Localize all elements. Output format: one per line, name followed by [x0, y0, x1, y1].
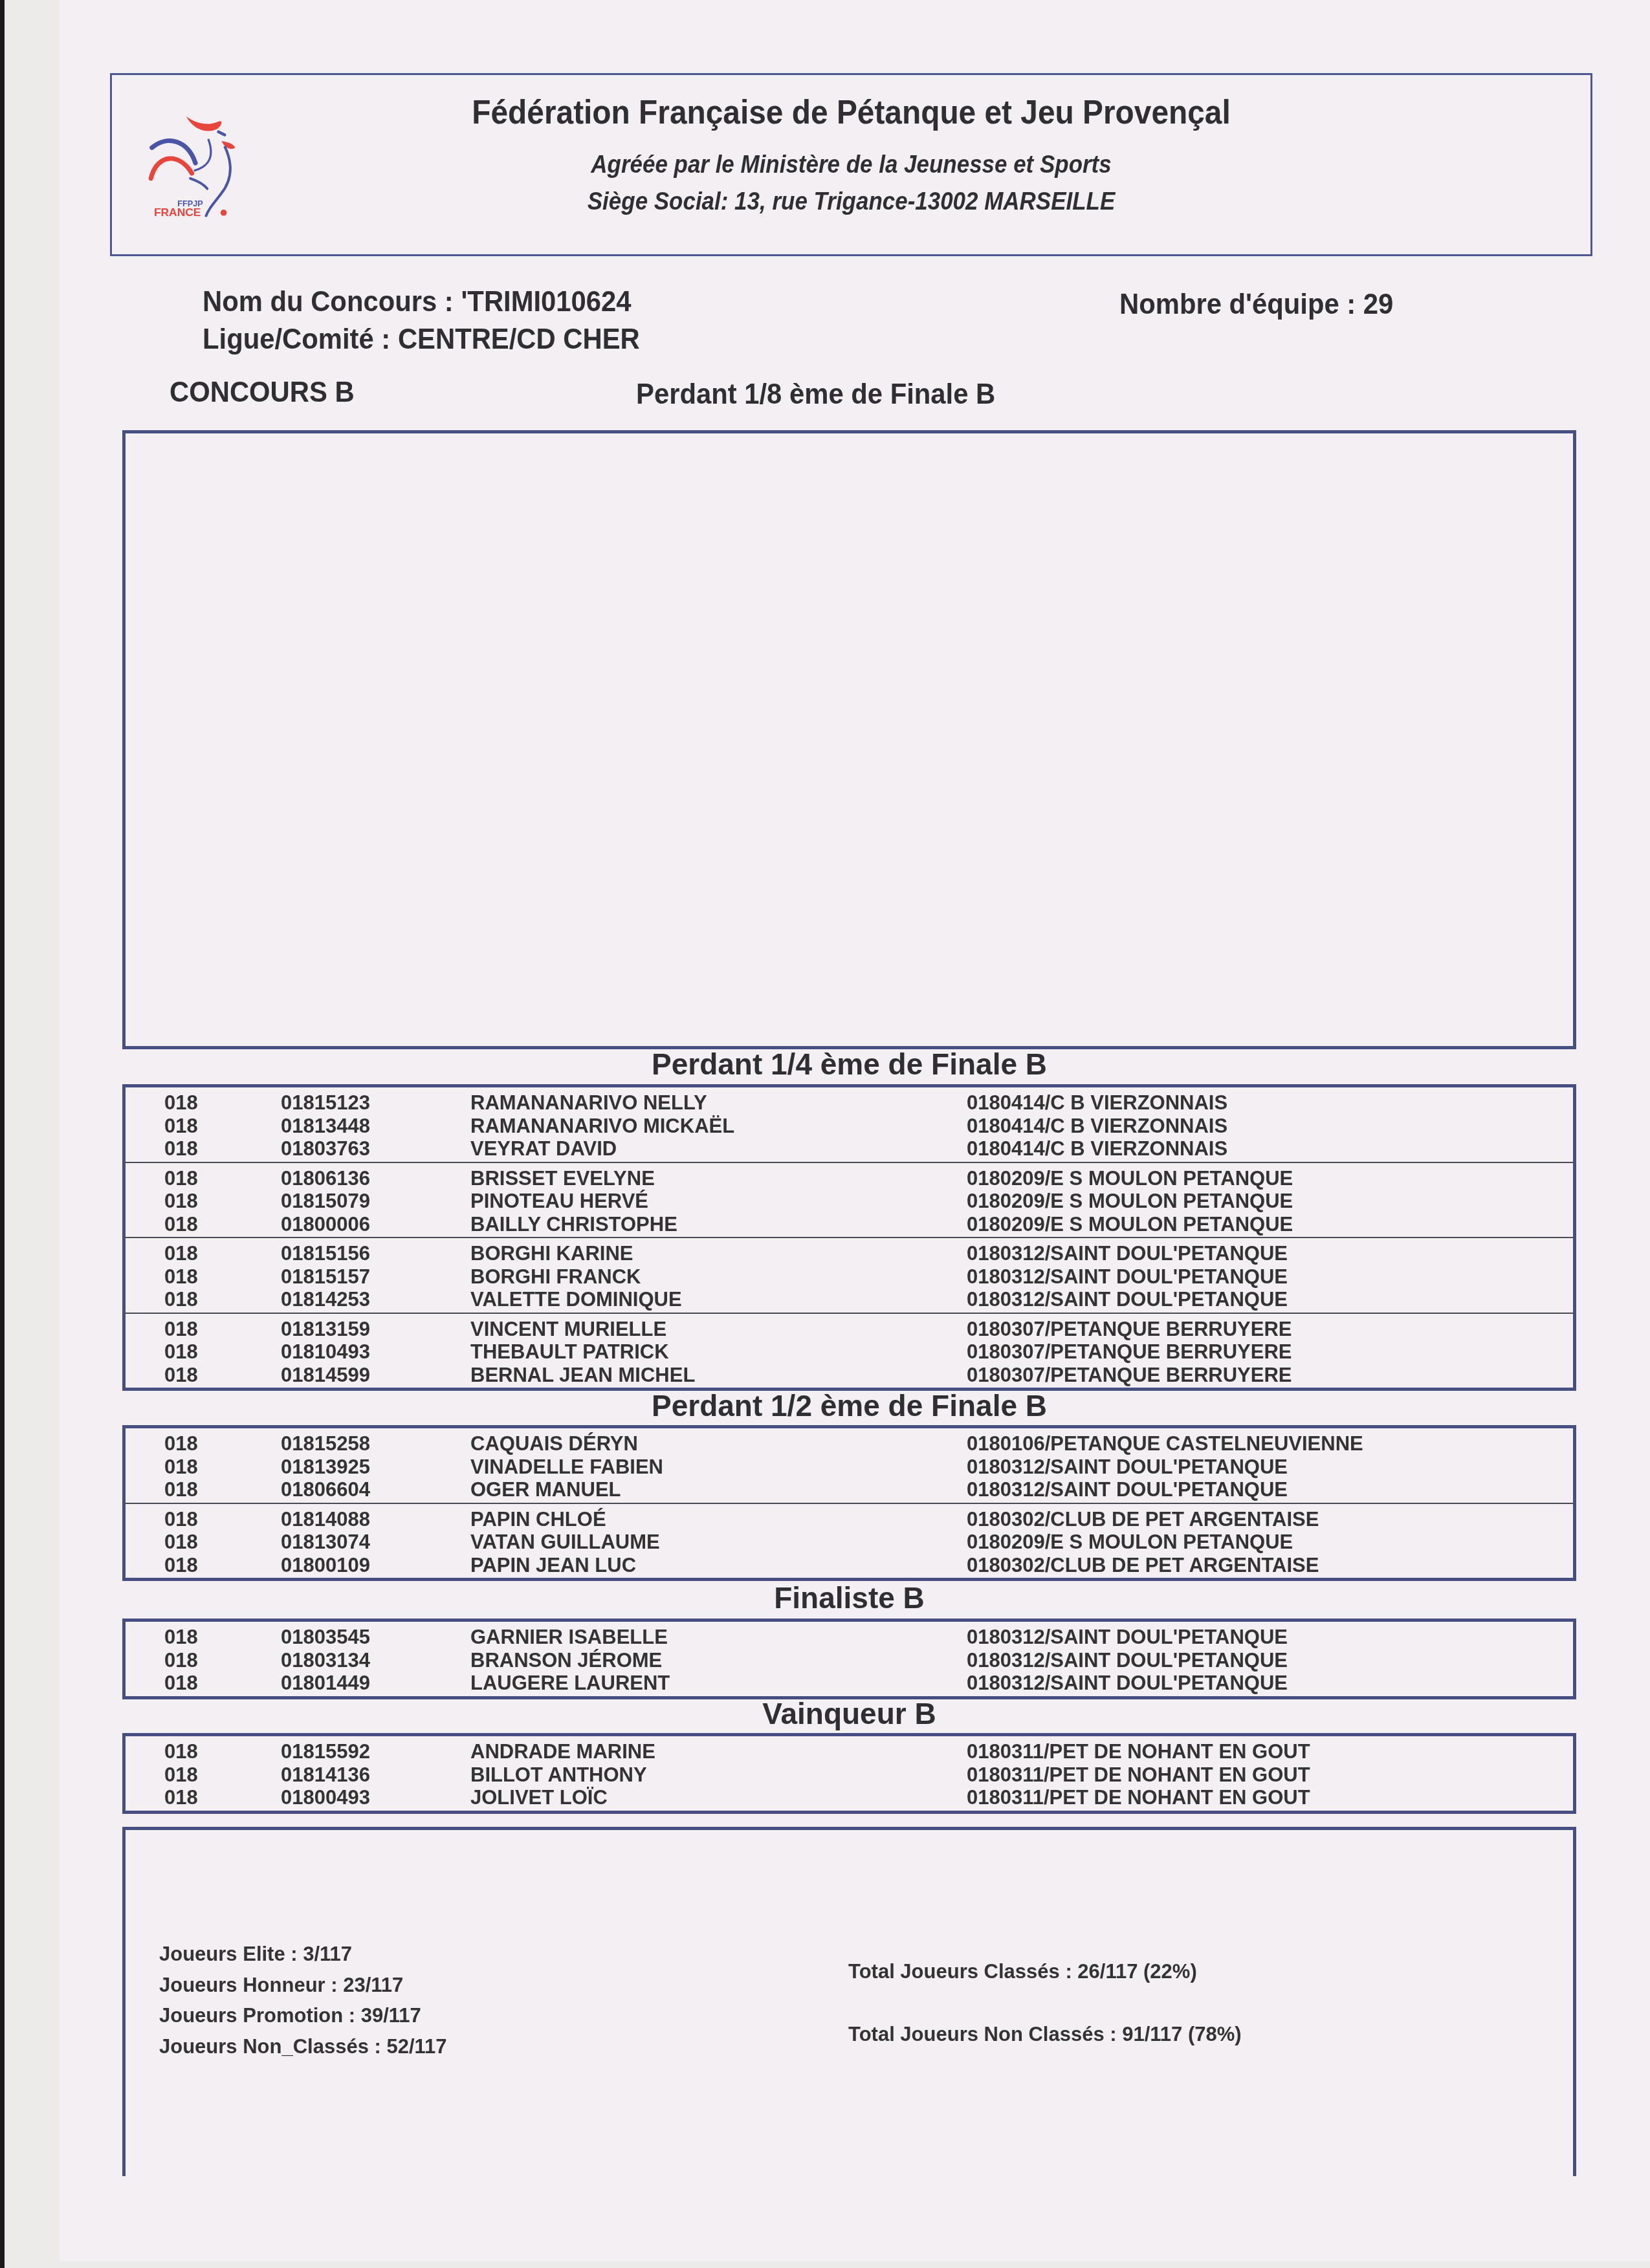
player-departement: 018 [164, 1456, 198, 1479]
player-club: 0180209/E S MOULON PETANQUE [967, 1213, 1293, 1236]
player-departement: 018 [164, 1190, 198, 1213]
section-box-finaliste: 01801803545GARNIER ISABELLE0180312/SAINT… [122, 1619, 1576, 1699]
stat-elite: Joueurs Elite : 3/117 [159, 1943, 352, 1966]
nombre-equipes: Nombre d'équipe : 29 [1119, 289, 1393, 321]
player-row: 01801815156BORGHI KARINE0180312/SAINT DO… [126, 1241, 1573, 1264]
player-club: 0180312/SAINT DOUL'PETANQUE [967, 1288, 1288, 1311]
player-name: VATAN GUILLAUME [470, 1531, 660, 1554]
player-name: BORGHI FRANCK [470, 1265, 641, 1289]
player-row: 01801815258CAQUAIS DÉRYN0180106/PETANQUE… [126, 1431, 1573, 1454]
player-club: 0180312/SAINT DOUL'PETANQUE [967, 1672, 1288, 1695]
player-club: 0180311/PET DE NOHANT EN GOUT [967, 1763, 1310, 1787]
org-subtitle-address: Siège Social: 13, rue Trigance-13002 MAR… [171, 188, 1531, 216]
ligue-comite: Ligue/Comité : CENTRE/CD CHER [203, 323, 640, 356]
player-row: 01801803763VEYRAT DAVID0180414/C B VIERZ… [126, 1136, 1573, 1159]
player-club: 0180312/SAINT DOUL'PETANQUE [967, 1649, 1288, 1672]
player-departement: 018 [164, 1091, 198, 1115]
player-club: 0180311/PET DE NOHANT EN GOUT [967, 1740, 1310, 1763]
player-licence: 01815592 [281, 1740, 370, 1763]
player-licence: 01800109 [281, 1554, 370, 1577]
player-name: BRANSON JÉROME [470, 1649, 662, 1672]
player-departement: 018 [164, 1531, 198, 1554]
team-group: 01801815156BORGHI KARINE0180312/SAINT DO… [126, 1237, 1573, 1313]
player-departement: 018 [164, 1508, 198, 1531]
team-group: 01801813159VINCENT MURIELLE0180307/PETAN… [126, 1313, 1573, 1388]
player-licence: 01800493 [281, 1786, 370, 1809]
team-group: 01801806136BRISSET EVELYNE0180209/E S MO… [126, 1162, 1573, 1238]
player-departement: 018 [164, 1626, 198, 1649]
player-licence: 01815079 [281, 1190, 370, 1213]
player-licence: 01801449 [281, 1672, 370, 1695]
player-licence: 01806604 [281, 1478, 370, 1501]
player-name: BAILLY CHRISTOPHE [470, 1213, 677, 1236]
player-club: 0180414/C B VIERZONNAIS [967, 1137, 1227, 1161]
player-departement: 018 [164, 1649, 198, 1672]
player-name: PAPIN JEAN LUC [470, 1554, 636, 1577]
player-club: 0180302/CLUB DE PET ARGENTAISE [967, 1508, 1319, 1531]
section-title-perdant-1-4: Perdant 1/4 ème de Finale B [122, 1047, 1576, 1082]
player-club: 0180302/CLUB DE PET ARGENTAISE [967, 1554, 1319, 1577]
concours-name: Nom du Concours : 'TRIMI010624 [203, 286, 632, 318]
player-row: 01801800006BAILLY CHRISTOPHE0180209/E S … [126, 1212, 1573, 1235]
player-row: 01801813074VATAN GUILLAUME0180209/E S MO… [126, 1529, 1573, 1553]
player-departement: 018 [164, 1137, 198, 1161]
player-licence: 01813159 [281, 1318, 370, 1341]
player-licence: 01806136 [281, 1167, 370, 1190]
player-name: BORGHI KARINE [470, 1242, 633, 1265]
team-group: 01801803545GARNIER ISABELLE0180312/SAINT… [126, 1622, 1573, 1696]
player-club: 0180311/PET DE NOHANT EN GOUT [967, 1786, 1310, 1809]
player-name: BILLOT ANTHONY [470, 1763, 647, 1787]
player-name: LAUGERE LAURENT [470, 1672, 670, 1695]
player-departement: 018 [164, 1288, 198, 1311]
player-departement: 018 [164, 1672, 198, 1695]
player-licence: 01815157 [281, 1265, 370, 1289]
section-title-perdant-1-2: Perdant 1/2 ème de Finale B [122, 1388, 1576, 1423]
player-row: 01801801449LAUGERE LAURENT0180312/SAINT … [126, 1670, 1573, 1694]
player-departement: 018 [164, 1265, 198, 1289]
player-row: 01801803545GARNIER ISABELLE0180312/SAINT… [126, 1624, 1573, 1648]
org-title: Fédération Française de Pétanque et Jeu … [171, 93, 1531, 132]
player-licence: 01815258 [281, 1432, 370, 1456]
player-club: 0180414/C B VIERZONNAIS [967, 1115, 1227, 1138]
player-departement: 018 [164, 1364, 198, 1387]
player-licence: 01803763 [281, 1137, 370, 1161]
stat-total-non-classes: Total Joueurs Non Classés : 91/117 (78%) [848, 2023, 1242, 2046]
player-departement: 018 [164, 1242, 198, 1265]
team-group: 01801815592ANDRADE MARINE0180311/PET DE … [126, 1736, 1573, 1811]
player-departement: 018 [164, 1340, 198, 1364]
stats-box [122, 1827, 1576, 2176]
player-row: 01801803134BRANSON JÉROME0180312/SAINT D… [126, 1648, 1573, 1671]
player-club: 0180209/E S MOULON PETANQUE [967, 1190, 1293, 1213]
player-licence: 01814599 [281, 1364, 370, 1387]
player-row: 01801814136BILLOT ANTHONY0180311/PET DE … [126, 1762, 1573, 1785]
section-box-vainqueur: 01801815592ANDRADE MARINE0180311/PET DE … [122, 1733, 1576, 1814]
player-club: 0180312/SAINT DOUL'PETANQUE [967, 1265, 1288, 1289]
player-name: GARNIER ISABELLE [470, 1626, 668, 1649]
player-name: THEBAULT PATRICK [470, 1340, 669, 1364]
player-licence: 01815123 [281, 1091, 370, 1115]
player-licence: 01815156 [281, 1242, 370, 1265]
org-subtitle-ministry: Agréée par le Ministère de la Jeunesse e… [171, 151, 1531, 179]
player-name: VINCENT MURIELLE [470, 1318, 666, 1341]
player-licence: 01813074 [281, 1531, 370, 1554]
player-row: 01801814253VALETTE DOMINIQUE0180312/SAIN… [126, 1287, 1573, 1310]
player-row: 01801815592ANDRADE MARINE0180311/PET DE … [126, 1739, 1573, 1762]
player-name: BERNAL JEAN MICHEL [470, 1364, 695, 1387]
federation-header: FFPJP FRANCE Fédération Française de Pét… [110, 73, 1592, 256]
player-licence: 01814136 [281, 1763, 370, 1787]
player-name: RAMANANARIVO MICKAËL [470, 1115, 734, 1138]
player-licence: 01813925 [281, 1456, 370, 1479]
player-departement: 018 [164, 1432, 198, 1456]
player-row: 01801800493JOLIVET LOÏC0180311/PET DE NO… [126, 1785, 1573, 1808]
team-group: 01801815258CAQUAIS DÉRYN0180106/PETANQUE… [126, 1428, 1573, 1503]
section-title-vainqueur: Vainqueur B [122, 1696, 1576, 1731]
player-name: BRISSET EVELYNE [470, 1167, 655, 1190]
player-club: 0180307/PETANQUE BERRUYERE [967, 1340, 1292, 1364]
player-row: 01801806604OGER MANUEL0180312/SAINT DOUL… [126, 1477, 1573, 1500]
player-row: 01801813159VINCENT MURIELLE0180307/PETAN… [126, 1316, 1573, 1340]
scan-edge [0, 0, 5, 2268]
player-club: 0180414/C B VIERZONNAIS [967, 1091, 1227, 1115]
player-row: 01801800109PAPIN JEAN LUC0180302/CLUB DE… [126, 1553, 1573, 1576]
player-name: VALETTE DOMINIQUE [470, 1288, 682, 1311]
player-name: VEYRAT DAVID [470, 1137, 617, 1161]
player-row: 01801810493THEBAULT PATRICK0180307/PETAN… [126, 1339, 1573, 1362]
player-row: 01801813448RAMANANARIVO MICKAËL0180414/C… [126, 1113, 1573, 1137]
section-box-perdant-1-8 [122, 430, 1576, 1049]
team-group: 01801814088PAPIN CHLOÉ0180302/CLUB DE PE… [126, 1503, 1573, 1578]
player-club: 0180312/SAINT DOUL'PETANQUE [967, 1478, 1288, 1501]
player-name: OGER MANUEL [470, 1478, 621, 1501]
player-departement: 018 [164, 1213, 198, 1236]
player-club: 0180312/SAINT DOUL'PETANQUE [967, 1242, 1288, 1265]
section-box-perdant-1-2: 01801815258CAQUAIS DÉRYN0180106/PETANQUE… [122, 1425, 1576, 1581]
stat-promotion: Joueurs Promotion : 39/117 [159, 2004, 421, 2027]
player-departement: 018 [164, 1763, 198, 1787]
player-club: 0180307/PETANQUE BERRUYERE [967, 1318, 1292, 1341]
player-licence: 01800006 [281, 1213, 370, 1236]
stat-total-classes: Total Joueurs Classés : 26/117 (22%) [848, 1960, 1197, 1983]
player-departement: 018 [164, 1554, 198, 1577]
player-club: 0180312/SAINT DOUL'PETANQUE [967, 1626, 1288, 1649]
player-name: ANDRADE MARINE [470, 1740, 655, 1763]
player-licence: 01813448 [281, 1115, 370, 1138]
player-name: JOLIVET LOÏC [470, 1786, 608, 1809]
player-licence: 01814253 [281, 1288, 370, 1311]
player-departement: 018 [164, 1167, 198, 1190]
player-departement: 018 [164, 1786, 198, 1809]
player-row: 01801815123RAMANANARIVO NELLY0180414/C B… [126, 1090, 1573, 1113]
concours-type: CONCOURS B [170, 376, 355, 409]
stat-honneur: Joueurs Honneur : 23/117 [159, 1974, 403, 1997]
player-name: PINOTEAU HERVÉ [470, 1190, 648, 1213]
player-name: PAPIN CHLOÉ [470, 1508, 606, 1531]
section-title-perdant-1-8: Perdant 1/8 ème de Finale B [636, 378, 995, 411]
player-licence: 01810493 [281, 1340, 370, 1364]
player-row: 01801806136BRISSET EVELYNE0180209/E S MO… [126, 1166, 1573, 1189]
player-row: 01801813925VINADELLE FABIEN0180312/SAINT… [126, 1454, 1573, 1477]
player-club: 0180106/PETANQUE CASTELNEUVIENNE [967, 1432, 1363, 1456]
player-departement: 018 [164, 1115, 198, 1138]
player-row: 01801814088PAPIN CHLOÉ0180302/CLUB DE PE… [126, 1507, 1573, 1530]
player-licence: 01803134 [281, 1649, 370, 1672]
section-title-finaliste: Finaliste B [122, 1580, 1576, 1615]
player-club: 0180307/PETANQUE BERRUYERE [967, 1364, 1292, 1387]
player-name: CAQUAIS DÉRYN [470, 1432, 638, 1456]
player-departement: 018 [164, 1740, 198, 1763]
player-club: 0180209/E S MOULON PETANQUE [967, 1531, 1293, 1554]
player-name: VINADELLE FABIEN [470, 1456, 663, 1479]
player-departement: 018 [164, 1318, 198, 1341]
player-departement: 018 [164, 1478, 198, 1501]
player-licence: 01814088 [281, 1508, 370, 1531]
player-club: 0180209/E S MOULON PETANQUE [967, 1167, 1293, 1190]
player-row: 01801815157BORGHI FRANCK0180312/SAINT DO… [126, 1264, 1573, 1287]
player-licence: 01803545 [281, 1626, 370, 1649]
player-name: RAMANANARIVO NELLY [470, 1091, 707, 1115]
player-row: 01801815079PINOTEAU HERVÉ0180209/E S MOU… [126, 1188, 1573, 1212]
player-club: 0180312/SAINT DOUL'PETANQUE [967, 1456, 1288, 1479]
section-box-perdant-1-4: 01801815123RAMANANARIVO NELLY0180414/C B… [122, 1084, 1576, 1391]
stat-non-classes: Joueurs Non_Classés : 52/117 [159, 2035, 447, 2058]
player-row: 01801814599BERNAL JEAN MICHEL0180307/PET… [126, 1362, 1573, 1386]
team-group: 01801815123RAMANANARIVO NELLY0180414/C B… [126, 1087, 1573, 1162]
